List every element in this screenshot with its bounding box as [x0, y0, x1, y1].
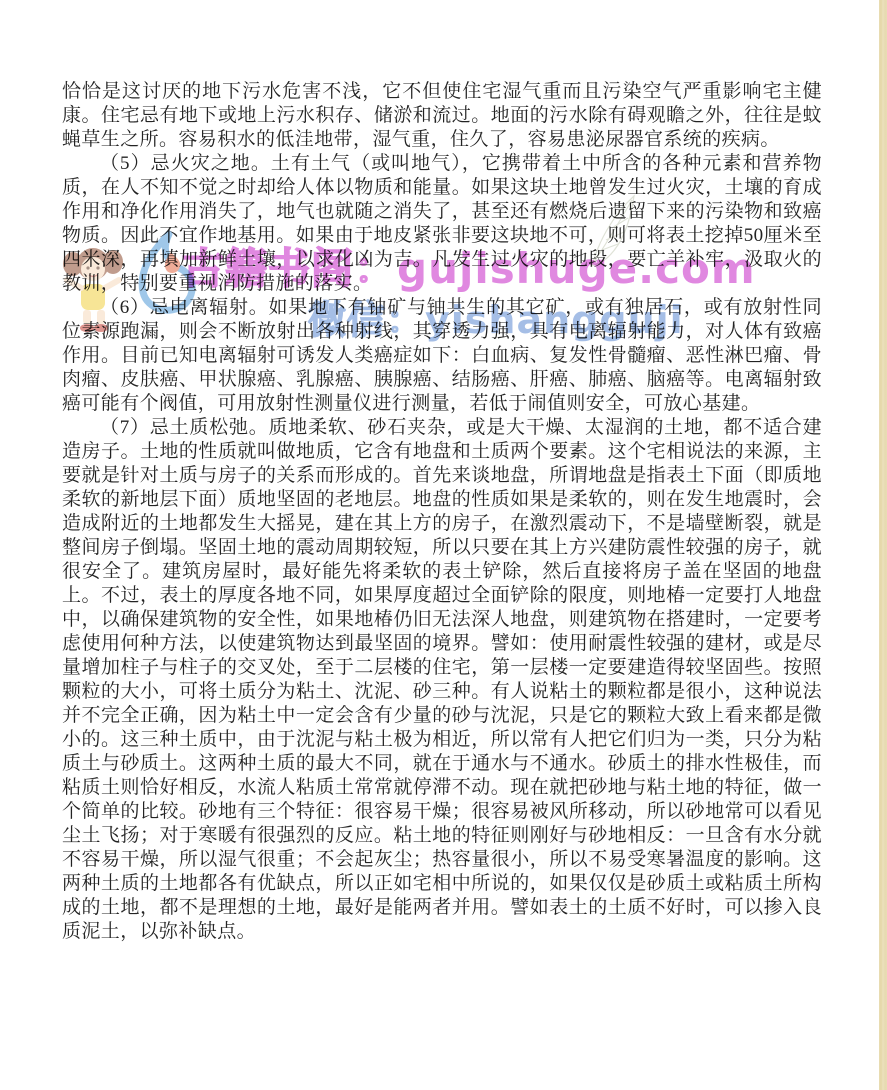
scanned-page-text: 恰恰是这讨厌的地下污水危害不浅，它不但使住宅湿气重而且污染空气严重影响宅主健康。… — [62, 80, 822, 944]
body-paragraph: （6）忌电离辐射。如果地下有铀矿与铀共生的其它矿，或有独居石，或有放射性同位素源… — [62, 296, 822, 416]
body-paragraph: （5）忌火灾之地。土有土气（或叫地气），它携带着土中所含的各种元素和营养物质，在… — [62, 152, 822, 296]
body-paragraph: （7）忌土质松弛。质地柔软、砂石夹杂，或是大干燥、太湿润的土地，都不适合建造房子… — [62, 416, 822, 944]
scan-edge-strip — [879, 0, 887, 1090]
body-paragraph: 恰恰是这讨厌的地下污水危害不浅，它不但使住宅湿气重而且污染空气严重影响宅主健康。… — [62, 80, 822, 152]
